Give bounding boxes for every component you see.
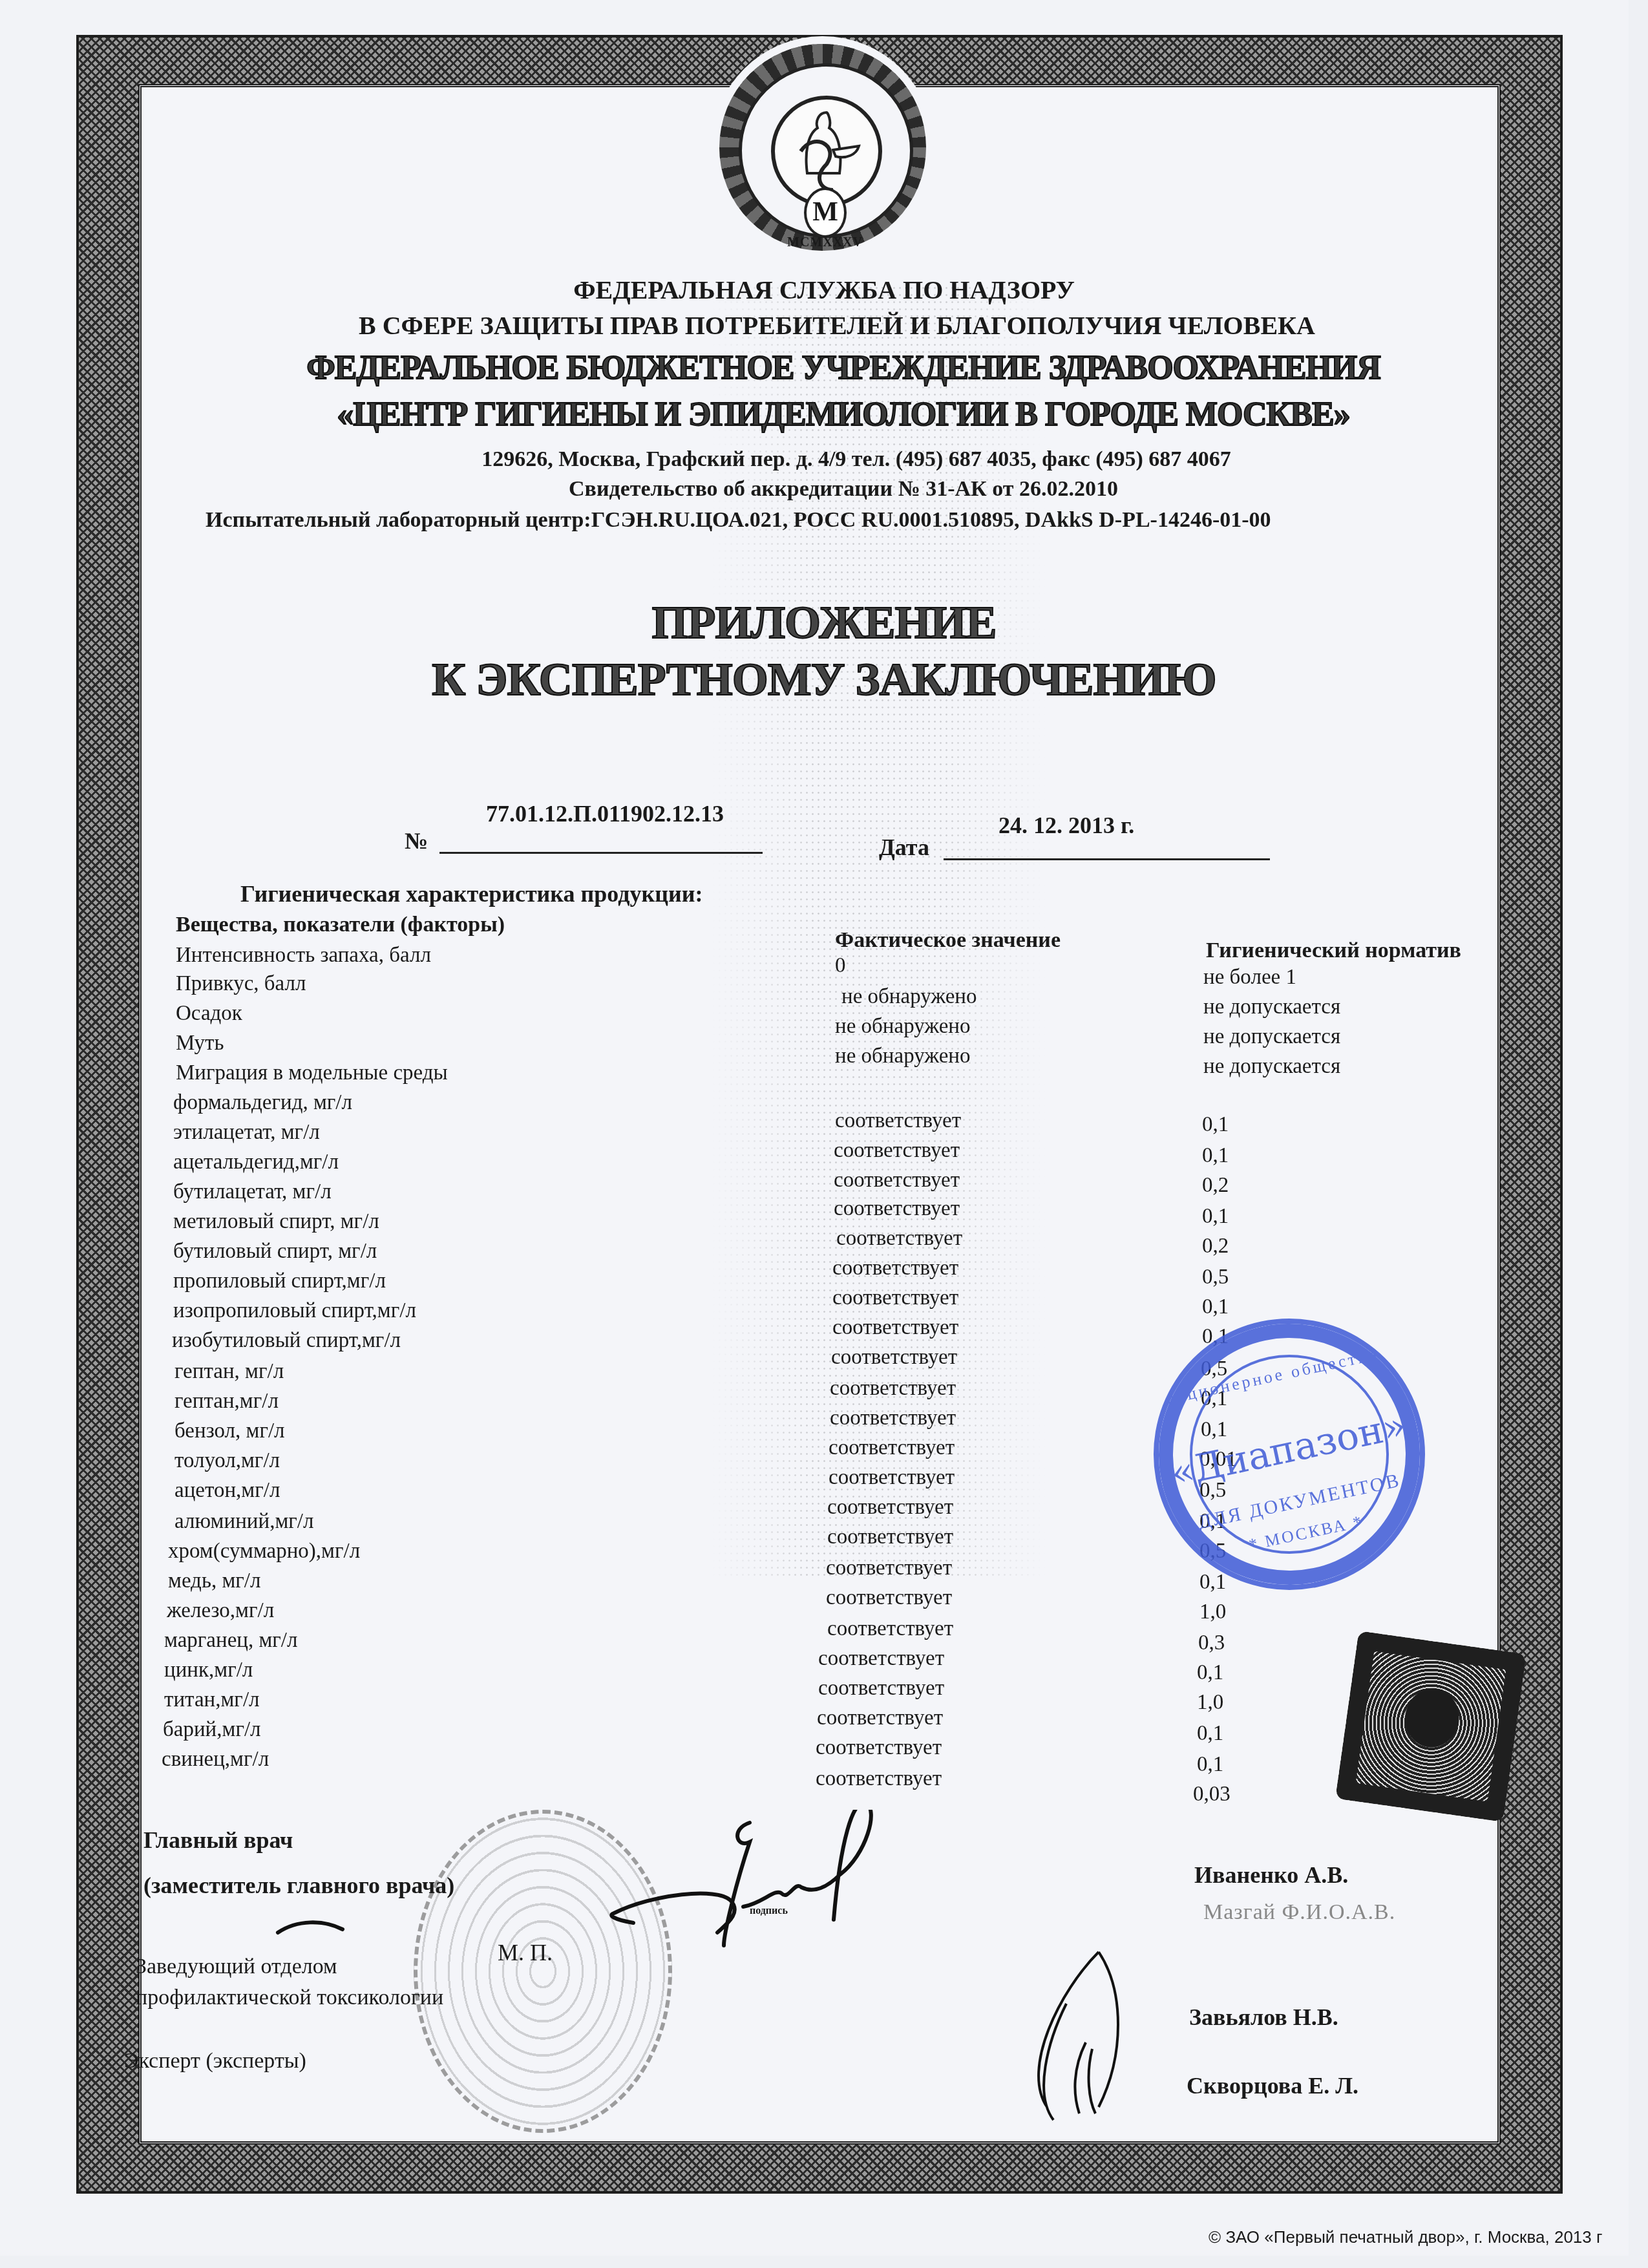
row-substance: марганец, мг/л <box>164 1629 298 1653</box>
emblem-letter: М <box>804 187 847 238</box>
department-head-label-line2: профилактической токсикологии <box>136 1986 443 2010</box>
row-norm: 1,0 <box>1197 1691 1223 1715</box>
expert-name: Скворцова Е. Л. <box>1187 2072 1358 2099</box>
row-actual: соответствует <box>836 1227 962 1251</box>
row-actual: соответствует <box>816 1736 942 1760</box>
row-actual: соответствует <box>830 1406 956 1430</box>
emblem-seal: М MCMXXXV <box>684 37 962 270</box>
row-actual: 0 <box>835 954 846 978</box>
row-actual: не обнаружено <box>835 1044 970 1068</box>
row-actual: соответствует <box>826 1556 952 1580</box>
header-agency-line2: В СФЕРЕ ЗАЩИТЫ ПРАВ ПОТРЕБИТЕЛЕЙ И БЛАГО… <box>13 310 1648 341</box>
row-norm: 0,1 <box>1199 1571 1226 1595</box>
row-actual: соответствует <box>829 1436 955 1460</box>
expert-label: Эксперт (эксперты) <box>124 2049 306 2073</box>
row-actual: соответствует <box>834 1169 960 1192</box>
row-actual: не обнаружено <box>835 1015 970 1039</box>
row-substance: изопропиловый спирт,мг/л <box>173 1299 416 1323</box>
deputy-name-faded: Мазгай Ф.И.О.А.В. <box>1203 1900 1395 1925</box>
header-lab-center: Испытательный лабораторный центр:ГСЭН.RU… <box>206 508 1271 533</box>
row-substance: цинк,мг/л <box>164 1659 253 1682</box>
chief-doctor-name: Иваненко А.В. <box>1194 1861 1348 1889</box>
header-actual-value: Фактическое значение <box>835 928 1061 953</box>
conclusion-number-label: № <box>405 827 428 854</box>
row-norm: 0,1 <box>1197 1753 1223 1777</box>
conclusion-number-value: 77.01.12.П.011902.12.13 <box>486 800 724 827</box>
row-actual: соответствует <box>834 1139 960 1163</box>
hologram-sticker-icon <box>1335 1631 1527 1822</box>
row-substance: пропиловый спирт,мг/л <box>173 1269 386 1293</box>
header-accreditation: Свидетельство об аккредитации № 31-АК от… <box>19 477 1648 502</box>
row-norm: 0,1 <box>1202 1295 1229 1319</box>
row-norm: 0,3 <box>1198 1631 1225 1655</box>
row-norm: 0,5 <box>1202 1266 1229 1289</box>
document-title-line2: К ЭКСПЕРТНОМУ ЗАКЛЮЧЕНИЮ <box>0 653 1648 706</box>
row-substance: этилацетат, мг/л <box>173 1121 320 1145</box>
row-substance: медь, мг/л <box>168 1569 261 1593</box>
row-substance: хром(суммарно),мг/л <box>168 1540 360 1563</box>
row-substance: ацетальдегид,мг/л <box>173 1150 339 1174</box>
row-norm: не допускается <box>1203 995 1340 1019</box>
header-address: 129626, Москва, Графский пер. д. 4/9 тел… <box>32 447 1648 472</box>
section-title: Гигиеническая характеристика продукции: <box>240 880 703 907</box>
row-substance: бензол, мг/л <box>174 1419 285 1443</box>
row-actual: соответствует <box>829 1466 955 1490</box>
row-substance: железо,мг/л <box>167 1599 274 1623</box>
row-substance: бутилацетат, мг/л <box>173 1180 332 1204</box>
document-title-line1: ПРИЛОЖЕНИЕ <box>0 596 1648 650</box>
row-norm: 0,03 <box>1193 1783 1231 1807</box>
emblem-year: MCMXXXV <box>787 235 858 250</box>
row-norm: 0,2 <box>1202 1235 1229 1258</box>
row-norm: 0,1 <box>1202 1205 1229 1229</box>
printer-copyright: © ЗАО «Первый печатный двор», г. Москва,… <box>1209 2227 1602 2247</box>
row-norm: 0,1 <box>1197 1661 1223 1685</box>
row-substance: гептан,мг/л <box>174 1390 279 1414</box>
row-substance: Интенсивность запаха, балл <box>176 944 431 968</box>
row-actual: соответствует <box>832 1286 958 1310</box>
row-substance: Миграция в модельные среды <box>176 1061 448 1085</box>
row-actual: соответствует <box>826 1586 952 1610</box>
pen-stroke <box>271 1913 349 1939</box>
row-substance: формальдегид, мг/л <box>173 1091 352 1115</box>
row-substance: бутиловый спирт, мг/л <box>173 1240 377 1264</box>
row-actual: соответствует <box>835 1109 961 1133</box>
row-actual: соответствует <box>827 1496 953 1520</box>
row-substance: алюминий,мг/л <box>174 1510 313 1534</box>
row-norm: не допускается <box>1203 1055 1340 1079</box>
row-actual: соответствует <box>827 1525 953 1549</box>
row-actual: соответствует <box>830 1377 956 1401</box>
row-actual: соответствует <box>831 1346 957 1370</box>
row-substance: ацетон,мг/л <box>174 1479 280 1503</box>
header-substance: Вещества, показатели (факторы) <box>176 913 505 937</box>
row-norm: 1,0 <box>1199 1600 1226 1624</box>
row-substance: титан,мг/л <box>164 1688 260 1712</box>
department-head-name: Завьялов Н.В. <box>1189 2004 1338 2031</box>
row-substance: барий,мг/л <box>163 1718 261 1742</box>
row-actual: соответствует <box>832 1256 958 1280</box>
header-org-line2: «ЦЕНТР ГИГИЕНЫ И ЭПИДЕМИОЛОГИИ В ГОРОДЕ … <box>19 396 1648 434</box>
row-actual: соответствует <box>817 1706 943 1730</box>
header-hygienic-norm: Гигиенический норматив <box>1206 938 1461 963</box>
header-agency-line1: ФЕДЕРАЛЬНАЯ СЛУЖБА ПО НАДЗОРУ <box>0 275 1648 305</box>
row-substance: Муть <box>176 1032 224 1055</box>
number-underline <box>439 852 763 854</box>
deputy-chief-label: (заместитель главного врача) <box>143 1872 454 1899</box>
row-substance: свинец,мг/л <box>162 1748 269 1772</box>
row-actual: соответствует <box>832 1316 958 1340</box>
conclusion-date-label: Дата <box>879 834 929 861</box>
row-norm: не допускается <box>1203 1025 1340 1049</box>
chief-signature <box>536 1810 1053 1952</box>
row-substance: гептан, мг/л <box>174 1360 284 1384</box>
row-actual: соответствует <box>818 1647 944 1671</box>
date-underline <box>944 858 1270 860</box>
row-norm: не более 1 <box>1203 966 1296 990</box>
head-signature <box>995 1939 1189 2133</box>
row-substance: Осадок <box>176 1002 242 1026</box>
row-actual: соответствует <box>834 1197 960 1221</box>
department-head-label-line1: Заведующий отделом <box>136 1955 337 1979</box>
row-substance: изобутиловый спирт,мг/л <box>172 1329 401 1353</box>
row-actual: соответствует <box>818 1677 944 1701</box>
chief-doctor-label: Главный врач <box>143 1827 293 1854</box>
row-actual: соответствует <box>827 1617 953 1641</box>
row-norm: 0,1 <box>1202 1113 1229 1137</box>
row-norm: 0,1 <box>1202 1144 1229 1168</box>
row-substance: метиловый спирт, мг/л <box>173 1210 379 1234</box>
conclusion-date-value: 24. 12. 2013 г. <box>998 812 1134 839</box>
row-substance: толуол,мг/л <box>174 1449 280 1473</box>
row-norm: 0,1 <box>1197 1722 1223 1746</box>
row-norm: 0,2 <box>1202 1174 1229 1198</box>
row-actual: соответствует <box>816 1767 942 1791</box>
row-actual: не обнаружено <box>841 985 977 1009</box>
row-substance: Привкус, балл <box>176 972 306 996</box>
header-org-line1: ФЕДЕРАЛЬНОЕ БЮДЖЕТНОЕ УЧРЕЖДЕНИЕ ЗДРАВОО… <box>19 349 1648 387</box>
